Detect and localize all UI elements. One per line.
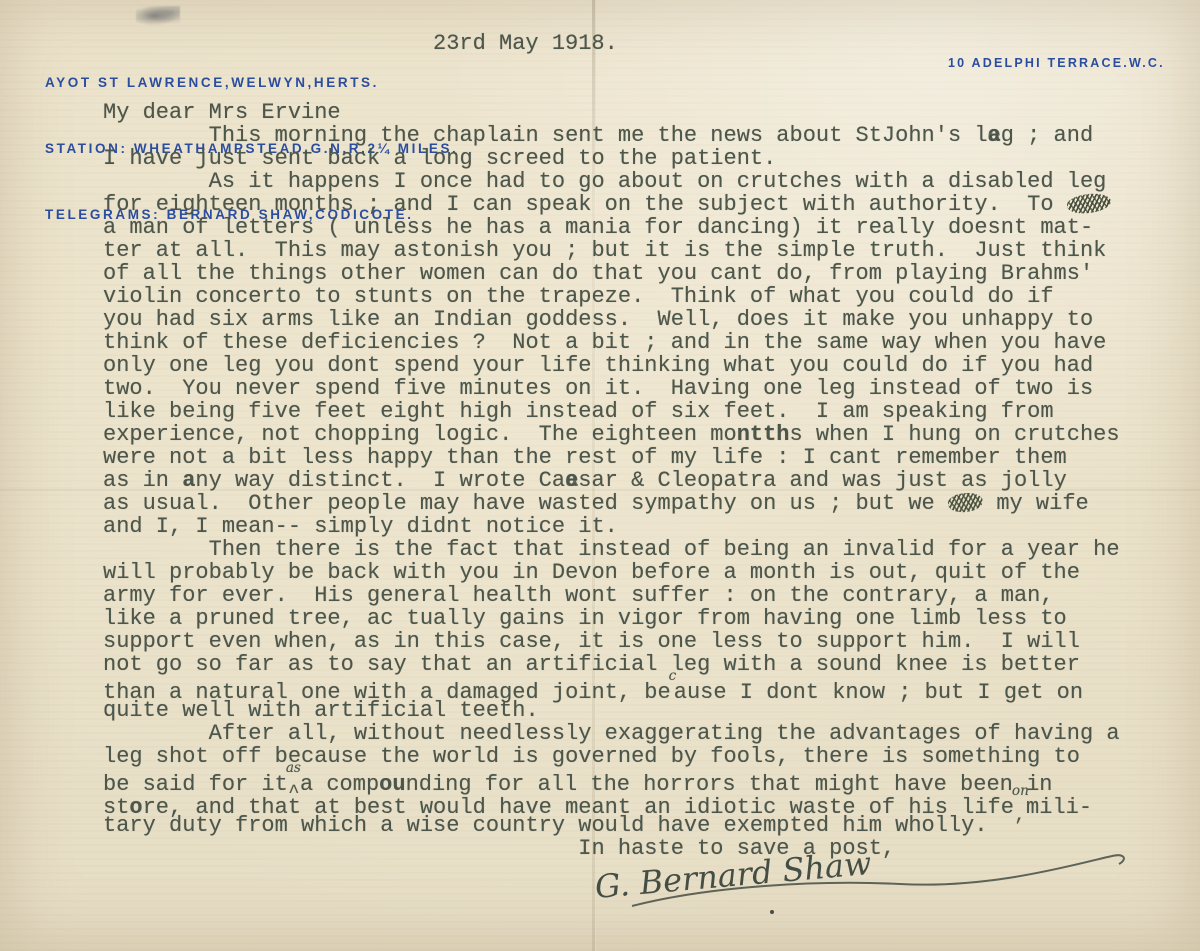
letter-line: were not a bit less happy than the rest … (103, 446, 1120, 469)
typed-text: support even when, as in this case, it i… (103, 629, 1080, 654)
typed-text: army for ever. His general health wont s… (103, 583, 1054, 608)
letter-line: I have just sent back a long screed to t… (103, 147, 1120, 170)
overstruck-text: a (182, 469, 195, 492)
insertion-caret: , (1014, 804, 1025, 827)
overstrike-overlay: a (565, 469, 578, 492)
handwritten-signature: G. Bernard Shaw (560, 828, 1140, 928)
overstruck-text: ntth (737, 423, 790, 446)
insertion-text: on (1012, 780, 1029, 803)
typed-text: g ; and (1001, 123, 1093, 148)
letter-line: store, and that at best would have meant… (103, 791, 1120, 814)
typed-text: leg shot off because the world is govern… (103, 744, 1080, 769)
letter-line: leg shot off because the world is govern… (103, 745, 1120, 768)
signature-period (770, 910, 774, 914)
letter-line: After all, without needlessly exaggerati… (103, 722, 1120, 745)
typed-text: a man of letters ( unless he has a mania… (103, 215, 1093, 240)
inserted-word: on, (1014, 791, 1026, 813)
typed-text: only one leg you dont spend your life th… (103, 353, 1093, 378)
typed-text: of all the things other women can do tha… (103, 261, 1093, 286)
typed-text: for eighteen months ; and I can speak on… (103, 192, 1067, 217)
letter-line: think of these deficiencies ? Not a bit … (103, 331, 1120, 354)
overstrike-overlay: e (988, 124, 1001, 147)
letter-line: not go so far as to say that an artifici… (103, 653, 1120, 676)
typed-text: As it happens I once had to go about on … (103, 169, 1106, 194)
letter-line: like a pruned tree, ac tually gains in v… (103, 607, 1120, 630)
typed-text: think of these deficiencies ? Not a bit … (103, 330, 1106, 355)
letter-line: army for ever. His general health wont s… (103, 584, 1120, 607)
typed-text: as in (103, 468, 182, 493)
typed-text: ause I dont know ; but I get on (674, 680, 1083, 705)
overstruck-text: o (129, 796, 142, 819)
letter-line: violin concerto to stunts on the trapeze… (103, 285, 1120, 308)
typed-text: mili- (1026, 795, 1092, 820)
typed-text: Then there is the fact that instead of b… (103, 537, 1120, 562)
typed-text: s when I hung on crutches (790, 422, 1120, 447)
letter-date: 23rd May 1918. (433, 31, 618, 56)
letter-line: only one leg you dont spend your life th… (103, 354, 1120, 377)
typed-text: will probably be back with you in Devon … (103, 560, 1080, 585)
letter-line: My dear Mrs Ervine (103, 101, 1120, 124)
letter-line: will probably be back with you in Devon … (103, 561, 1120, 584)
letter-line: you had six arms like an Indian goddess.… (103, 308, 1120, 331)
signature-text: G. Bernard Shaw (593, 844, 872, 906)
inserted-word: as^ (288, 768, 300, 790)
letter-line: like being five feet eight high instead … (103, 400, 1120, 423)
insertion-text: c (669, 665, 677, 688)
typed-text: were not a bit less happy than the rest … (103, 445, 1067, 470)
typed-text: experience, not chopping logic. The eigh… (103, 422, 737, 447)
letter-line: ter at all. This may astonish you ; but … (103, 239, 1120, 262)
ink-smudge (136, 6, 180, 26)
letter-line: and I, I mean-- simply didnt notice it. (103, 515, 1120, 538)
overstruck-text: ae (988, 124, 1001, 147)
typed-text: as usual. Other people may have wasted s… (103, 491, 948, 516)
typed-text: quite well with artificial teeth. (103, 698, 539, 723)
typed-text: two. You never spend five minutes on it.… (103, 376, 1093, 401)
letter-line: of all the things other women can do tha… (103, 262, 1120, 285)
letter-line: be said for itas^a compounding for all t… (103, 768, 1120, 791)
typed-text: My dear Mrs Ervine (103, 100, 341, 125)
typed-text: like being five feet eight high instead … (103, 399, 1054, 424)
insertion-caret: ^ (288, 781, 299, 804)
inserted-word: c (671, 676, 674, 698)
letter-line: as usual. Other people may have wasted s… (103, 492, 1120, 515)
overstruck-text: ea (565, 469, 578, 492)
typed-text: ny way distinct. I wrote Ca (195, 468, 565, 493)
typed-text: ter at all. This may astonish you ; but … (103, 238, 1106, 263)
overstruck-text: ou (379, 773, 405, 796)
typed-text: sar & Cleopatra and was just as jolly (578, 468, 1066, 493)
typed-text: not go so far as to say that an artifici… (103, 652, 1080, 677)
letter-line: than a natural one with a damaged joint,… (103, 676, 1120, 699)
letter-line: As it happens I once had to go about on … (103, 170, 1120, 193)
typed-text: violin concerto to stunts on the trapeze… (103, 284, 1054, 309)
typed-text: and I, I mean-- simply didnt notice it. (103, 514, 618, 539)
letter-line: two. You never spend five minutes on it.… (103, 377, 1120, 400)
typed-text: After all, without needlessly exaggerati… (103, 721, 1120, 746)
typed-text: I have just sent back a long screed to t… (103, 146, 776, 171)
typed-text: you had six arms like an Indian goddess.… (103, 307, 1093, 332)
letterhead-line-1: AYOT ST LAWRENCE,WELWYN,HERTS. (45, 72, 458, 94)
insertion-text: as (286, 757, 301, 780)
letter-line: a man of letters ( unless he has a mania… (103, 216, 1120, 239)
letter-line: as in any way distinct. I wrote Caeasar … (103, 469, 1120, 492)
letter-line: support even when, as in this case, it i… (103, 630, 1120, 653)
typed-text: my wife (983, 491, 1089, 516)
ink-scribble-strikeout (947, 490, 985, 514)
typed-text: like a pruned tree, ac tually gains in v… (103, 606, 1067, 631)
typed-text: This morning the chaplain sent me the ne… (103, 123, 988, 148)
letterhead-address-right: 10 ADELPHI TERRACE.W.C. (948, 56, 1165, 70)
letter-line: experience, not chopping logic. The eigh… (103, 423, 1120, 446)
letter-body: My dear Mrs Ervine This morning the chap… (103, 101, 1120, 860)
ink-scribble-strikeout (1066, 191, 1112, 216)
letter-line: for eighteen months ; and I can speak on… (103, 193, 1120, 216)
letter-line: Then there is the fact that instead of b… (103, 538, 1120, 561)
scanned-letter-page: AYOT ST LAWRENCE,WELWYN,HERTS. STATION: … (0, 0, 1200, 951)
letter-line: This morning the chaplain sent me the ne… (103, 124, 1120, 147)
